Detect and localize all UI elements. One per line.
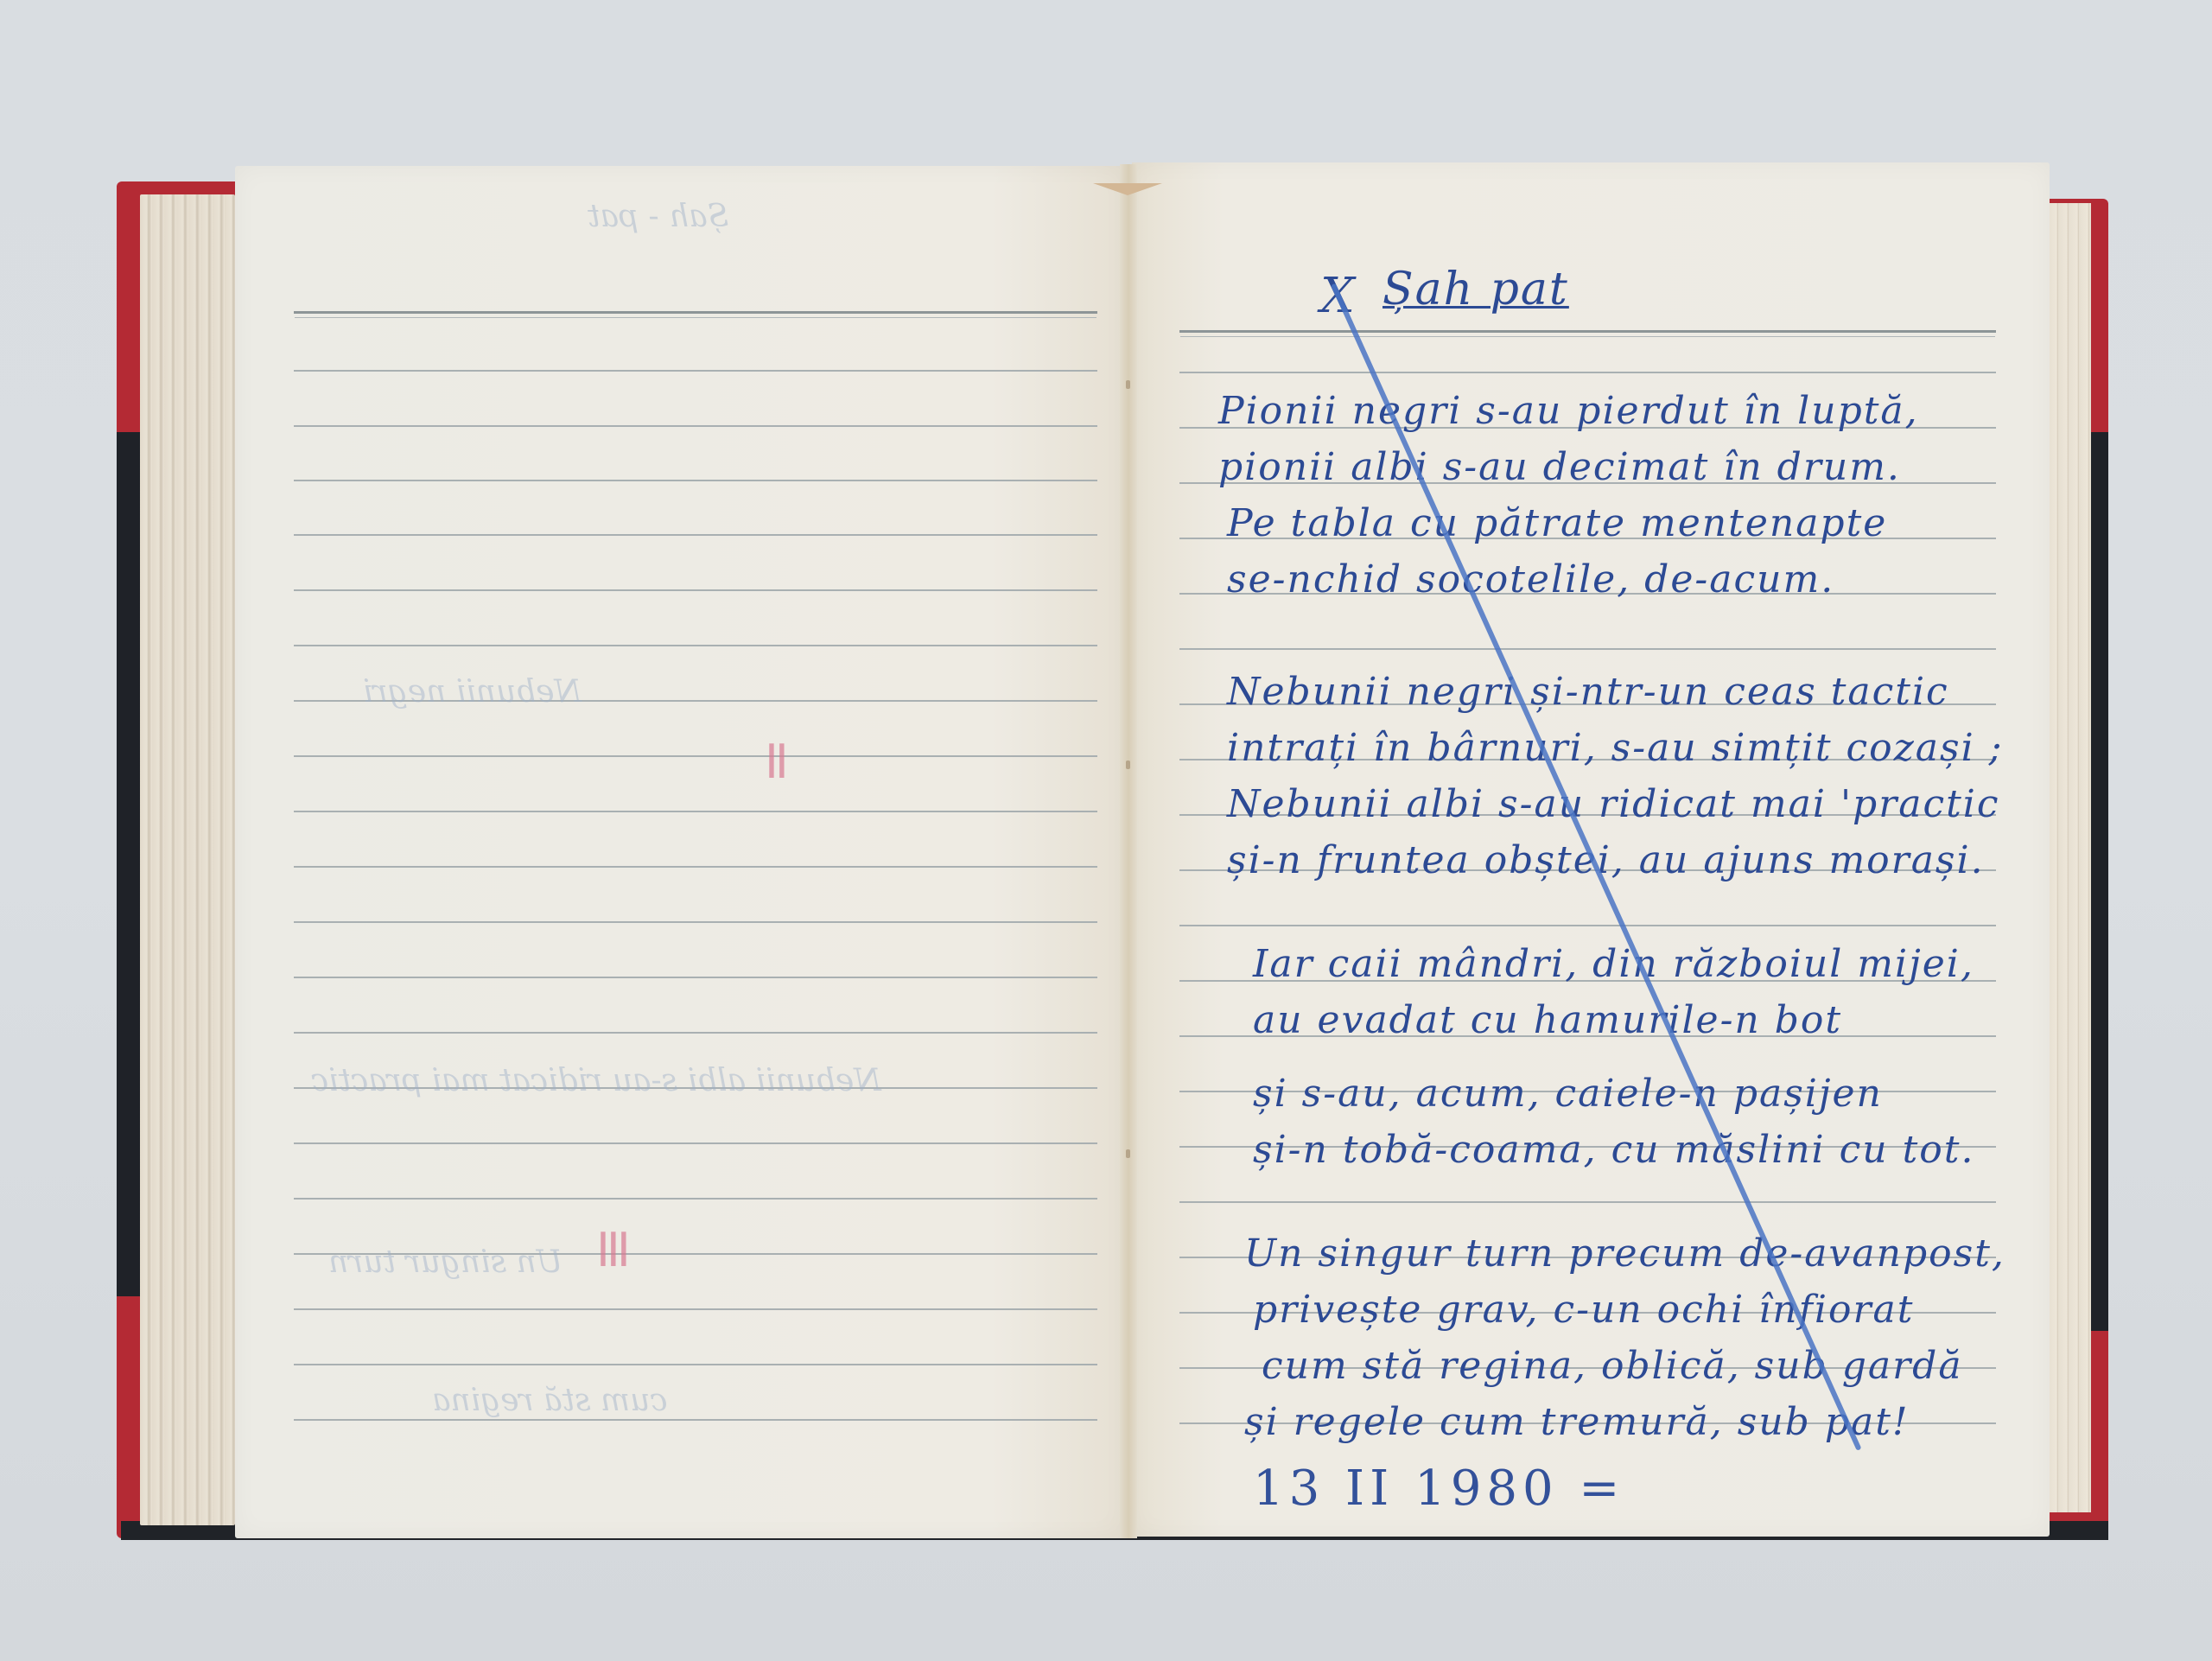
poem-line: cum stă regina, oblică, sub gardă <box>1262 1344 1963 1388</box>
poem-line: pionii albi s-au decimat în drum. <box>1218 445 1901 489</box>
poem-line: Nebunii albi s-au ridicat mai 'practic <box>1227 782 2000 826</box>
page-stack-right <box>2048 203 2091 1512</box>
red-roman-numeral-mark: II <box>765 735 785 789</box>
poem-line: privește grav, c-un ochi înfiorat <box>1253 1288 1914 1332</box>
notebook-photo: Șah - pat Nebunii negri Nebunii albi s-a… <box>0 0 2212 1661</box>
poem-line: Nebunii negri și-ntr-un ceas tactic <box>1227 670 1949 714</box>
poem-line: și-n fruntea obștei, au ajuns morași. <box>1227 838 1985 882</box>
poem-line: se-nchid socotelile, de-acum. <box>1227 557 1834 601</box>
page-stack-left <box>140 194 235 1525</box>
binding-hole <box>1126 1149 1130 1158</box>
poem-line: au evadat cu hamurile-n bot <box>1253 998 1842 1042</box>
binding-hole <box>1126 380 1130 389</box>
left-page <box>235 166 1125 1538</box>
show-through-text: Șah - pat <box>588 199 728 234</box>
show-through-text: Nebunii negri <box>363 674 582 710</box>
poem-line: Pionii negri s-au pierdut în luptă, <box>1218 389 1919 433</box>
gutter <box>1120 164 1137 1538</box>
poem-line: Iar caii mândri, din războiul mijei, <box>1253 942 1974 986</box>
poem-line: Pe tabla cu pătrate mentenapte <box>1227 501 1887 545</box>
binding-hole <box>1126 760 1130 769</box>
show-through-text: cum stă regina <box>432 1383 668 1418</box>
poem-line: și-n tobă-coama, cu măslini cu tot. <box>1253 1128 1974 1172</box>
poem-date: 13 II 1980 = <box>1253 1461 1624 1517</box>
poem-line: și regele cum tremură, sub pat! <box>1244 1400 1910 1444</box>
poem-line: intrați în bârnuri, s-au simțit cozași ; <box>1227 726 2004 770</box>
poem-line: și s-au, acum, caiele-n pașijen <box>1253 1072 1883 1116</box>
poem-line: Un singur turn precum de-avanpost, <box>1244 1231 2005 1276</box>
show-through-text: Nebunii albi s-au ridicat mai practic <box>311 1063 881 1098</box>
poem-title: Șah pat <box>1382 264 1569 315</box>
show-through-text: Un singur turn <box>328 1244 563 1280</box>
red-roman-numeral-mark: III <box>596 1223 627 1277</box>
